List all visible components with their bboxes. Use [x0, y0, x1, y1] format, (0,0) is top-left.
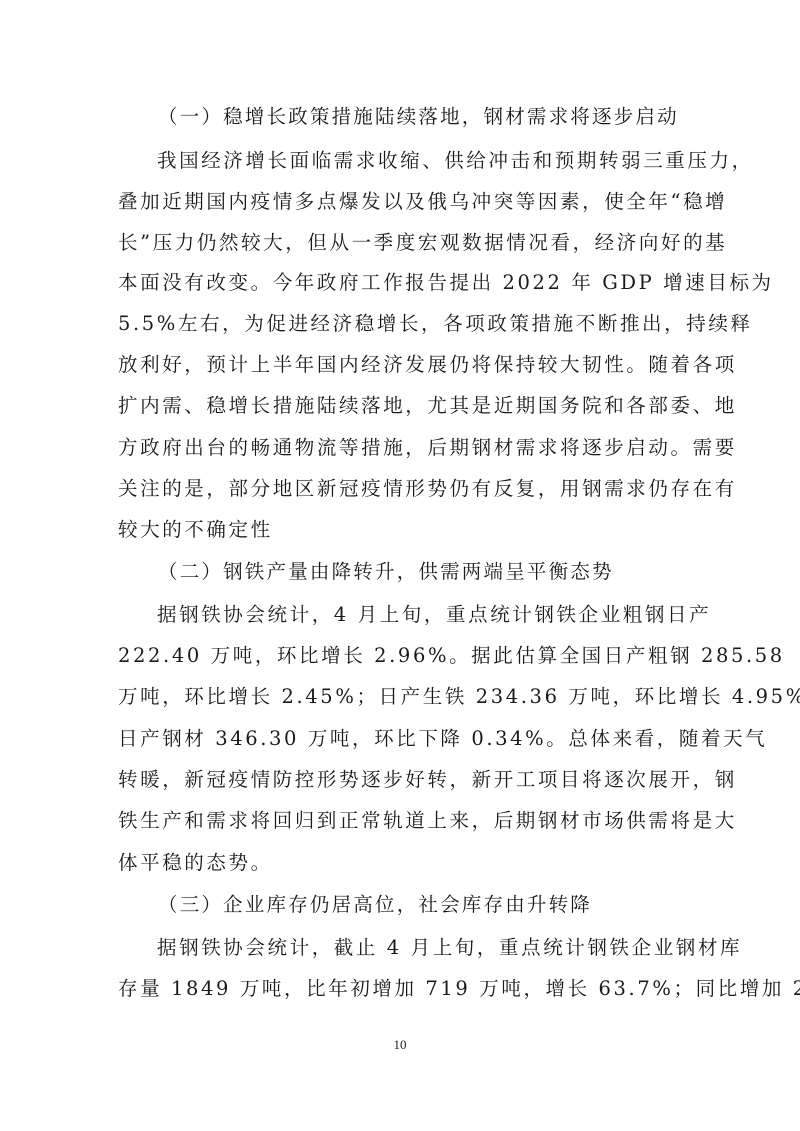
paragraph-line: 我国经济增长面临需求收缩、供给冲击和预期转弱三重压力， [157, 149, 727, 173]
section-heading-3: （三）企业库存仍居高位，社会库存由升转降 [158, 893, 728, 917]
paragraph-line: 转暖，新冠疫情防控形势逐步好转，新开工项目将逐次展开，钢 [118, 768, 688, 792]
paragraph-line: 5.5%左右，为促进经济稳增长，各项政策措施不断推出，持续释 [118, 312, 688, 336]
paragraph-line: 扩内需、稳增长措施陆续落地，尤其是近期国务院和各部委、地 [118, 394, 688, 418]
paragraph-line: 万吨，环比增长 2.45%；日产生铁 234.36 万吨，环比增长 4.95%； [118, 685, 688, 709]
paragraph-line: 据钢铁协会统计，截止 4 月上旬，重点统计钢铁企业钢材库 [157, 936, 727, 960]
paragraph-line: 存量 1849 万吨，比年初增加 719 万吨，增长 63.7%；同比增加 29… [118, 977, 688, 1001]
paragraph-line: 据钢铁协会统计，4 月上旬，重点统计钢铁企业粗钢日产 [157, 603, 727, 627]
paragraph-line: 放利好，预计上半年国内经济发展仍将保持较大韧性。随着各项 [118, 353, 688, 377]
paragraph-line: 日产钢材 346.30 万吨，环比下降 0.34%。总体来看，随着天气 [118, 727, 688, 751]
paragraph-line: 叠加近期国内疫情多点爆发以及俄乌冲突等因素，使全年“稳增 [118, 190, 688, 214]
document-page: （一）稳增长政策措施陆续落地，钢材需求将逐步启动 我国经济增长面临需求收缩、供给… [0, 0, 800, 1131]
page-number: 10 [0, 1037, 800, 1053]
paragraph-line: 铁生产和需求将回归到正常轨道上来，后期钢材市场供需将是大 [118, 809, 688, 833]
section-heading-1: （一）稳增长政策措施陆续落地，钢材需求将逐步启动 [158, 105, 728, 129]
section-heading-2: （二）钢铁产量由降转升，供需两端呈平衡态势 [158, 560, 728, 584]
paragraph-line: 关注的是，部分地区新冠疫情形势仍有反复，用钢需求仍存在有 [118, 477, 688, 501]
paragraph-line: 体平稳的态势。 [118, 851, 688, 875]
paragraph-line: 222.40 万吨，环比增长 2.96%。据此估算全国日产粗钢 285.58 [118, 644, 688, 668]
paragraph-line: 本面没有改变。今年政府工作报告提出 2022 年 GDP 增速目标为 [118, 271, 688, 295]
paragraph-line: 较大的不确定性 [118, 518, 688, 542]
paragraph-line: 方政府出台的畅通物流等措施，后期钢材需求将逐步启动。需要 [118, 436, 688, 460]
paragraph-line: 长”压力仍然较大，但从一季度宏观数据情况看，经济向好的基 [118, 231, 688, 255]
